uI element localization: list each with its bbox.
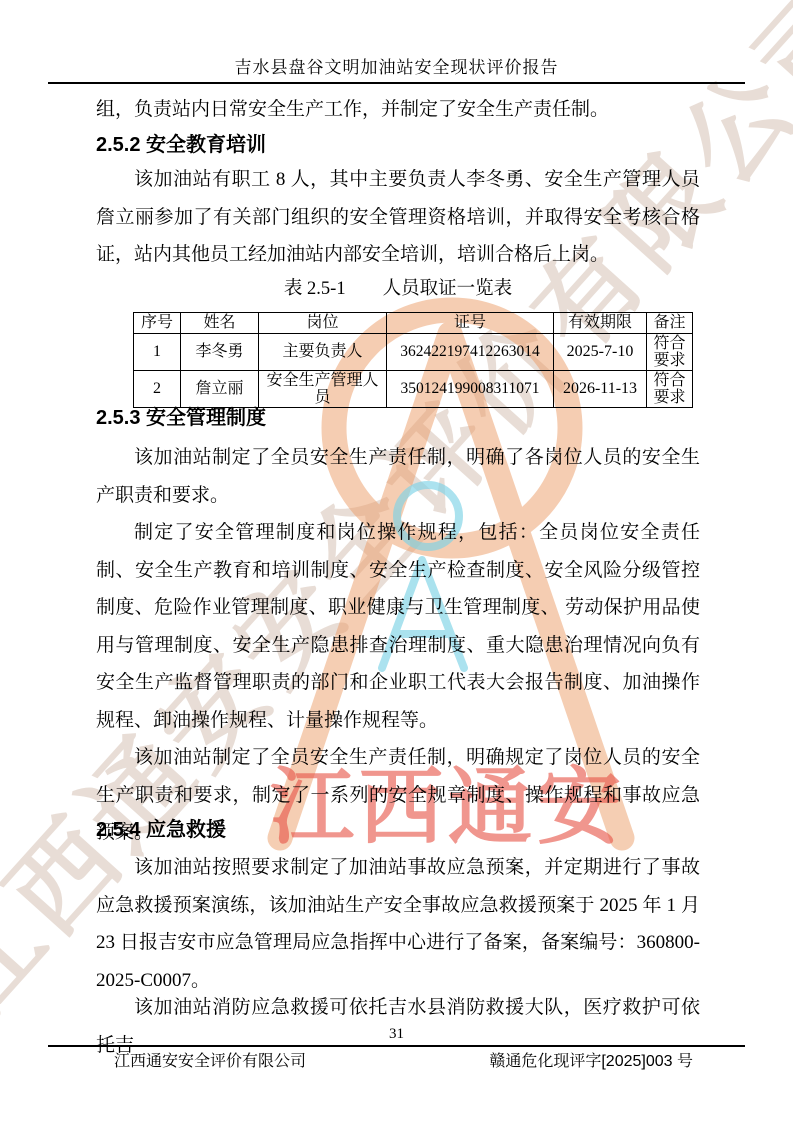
footer-doc-number: 赣通危化现评字[2025]003 号	[489, 1051, 693, 1073]
header-cell-name: 姓名	[181, 313, 259, 334]
cell-name: 李冬勇	[181, 334, 259, 371]
section-254-paragraph-1: 该加油站按照要求制定了加油站事故应急预案，并定期进行了事故应急救援预案演练，该加…	[96, 849, 700, 999]
table-row: 1 李冬勇 主要负责人 362422197412263014 2025-7-10…	[134, 334, 693, 371]
header-cell-valid: 有效期限	[554, 313, 647, 334]
cell-valid: 2025-7-10	[554, 334, 647, 371]
footer-company-name: 江西通安安全评价有限公司	[114, 1051, 306, 1073]
section-254-heading: 2.5.4 应急救援	[96, 815, 700, 845]
cell-cert: 350124199008311071	[387, 371, 554, 408]
table-header-row: 序号 姓名 岗位 证号 有效期限 备注	[134, 313, 693, 334]
cell-no: 1	[134, 334, 181, 371]
cell-note: 符合要求	[647, 334, 693, 371]
cell-no: 2	[134, 371, 181, 408]
cell-note: 符合要求	[647, 371, 693, 408]
continuation-paragraph: 组，负责站内日常安全生产工作，并制定了安全生产责任制。	[96, 91, 700, 129]
section-252-heading: 2.5.2 安全教育培训	[96, 130, 700, 160]
header-rule	[48, 82, 745, 84]
cell-valid: 2026-11-13	[554, 371, 647, 408]
section-252-paragraph: 该加油站有职工 8 人，其中主要负责人李冬勇、安全生产管理人员詹立丽参加了有关部…	[96, 161, 700, 274]
header-cell-no: 序号	[134, 313, 181, 334]
header-cell-note: 备注	[647, 313, 693, 334]
page-number: 31	[0, 1026, 793, 1043]
footer-rule	[48, 1045, 745, 1047]
cell-post: 主要负责人	[259, 334, 387, 371]
report-page: 江西通安安全评价有限公司 江西通安 吉水县盘谷文明加油站安全现状评价报告 组，负…	[0, 0, 793, 1122]
table-row: 2 詹立丽 安全生产管理人员 350124199008311071 2026-1…	[134, 371, 693, 408]
section-253-paragraph-2: 制定了安全管理制度和岗位操作规程，包括：全员岗位安全责任制、安全生产教育和培训制…	[96, 514, 700, 739]
section-253-paragraph-1: 该加油站制定了全员安全生产责任制，明确了各岗位人员的安全生产职责和要求。	[96, 439, 700, 514]
footer: 江西通安安全评价有限公司 赣通危化现评字[2025]003 号	[96, 1051, 693, 1073]
cell-name: 詹立丽	[181, 371, 259, 408]
header-title: 吉水县盘谷文明加油站安全现状评价报告	[0, 53, 793, 78]
header-cell-cert: 证号	[387, 313, 554, 334]
document-content: 吉水县盘谷文明加油站安全现状评价报告 组，负责站内日常安全生产工作，并制定了安全…	[0, 0, 793, 1122]
cell-post: 安全生产管理人员	[259, 371, 387, 408]
header-cell-post: 岗位	[259, 313, 387, 334]
section-253-heading: 2.5.3 安全管理制度	[96, 403, 700, 433]
personnel-certificate-table: 序号 姓名 岗位 证号 有效期限 备注 1 李冬勇 主要负责人 36242219…	[133, 312, 693, 408]
cell-cert: 362422197412263014	[387, 334, 554, 371]
table-caption: 表 2.5-1 人员取证一览表	[96, 274, 700, 304]
